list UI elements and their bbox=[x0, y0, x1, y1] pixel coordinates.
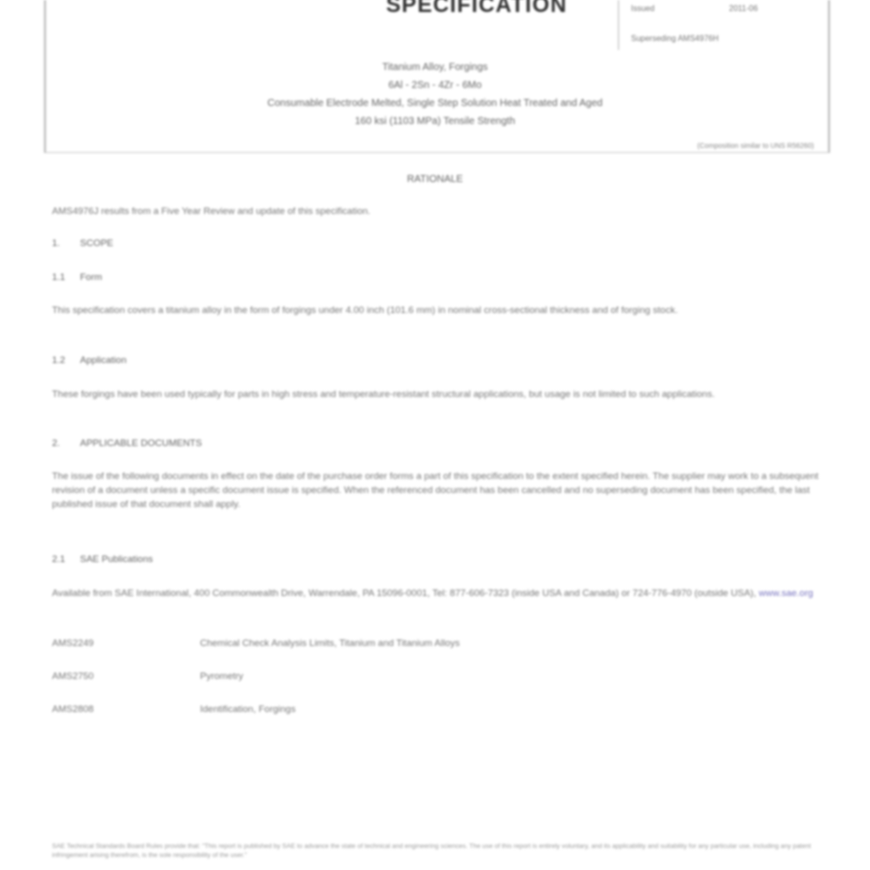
reference-row: AMS2249Chemical Check Analysis Limits, T… bbox=[52, 638, 460, 649]
section-1-2-text: These forgings have been used typically … bbox=[52, 388, 822, 402]
spec-type-title: SPECIFICATION bbox=[386, 0, 567, 18]
section-1-1-text: This specification covers a titanium all… bbox=[52, 304, 822, 318]
section-1-1-heading: 1.1Form bbox=[52, 272, 102, 283]
footer-disclaimer: SAE Technical Standards Board Rules prov… bbox=[52, 842, 822, 860]
reference-row: AMS2750Pyrometry bbox=[52, 671, 243, 682]
issued-label: Issued bbox=[631, 4, 655, 13]
issued-value: 2011-06 bbox=[729, 4, 758, 13]
issue-info-box: Issued 2011-06 Superseding AMS4976H bbox=[618, 0, 819, 50]
section-1-2-heading: 1.2Application bbox=[52, 355, 126, 366]
composition-note: (Composition similar to UNS R56260) bbox=[697, 143, 814, 150]
section-2-1-heading: 2.1SAE Publications bbox=[52, 554, 153, 565]
header-frame: SPECIFICATION Issued 2011-06 Superseding… bbox=[44, 0, 830, 153]
rationale-text: AMS4976J results from a Five Year Review… bbox=[52, 205, 822, 219]
title-line-1: Titanium Alloy, Forgings bbox=[0, 62, 870, 73]
section-2-1-text: Available from SAE International, 400 Co… bbox=[52, 587, 822, 601]
title-line-4: 160 ksi (1103 MPa) Tensile Strength bbox=[0, 116, 870, 127]
title-line-2: 6Al - 2Sn - 4Zr - 6Mo bbox=[0, 80, 870, 91]
reference-row: AMS2808Identification, Forgings bbox=[52, 704, 296, 715]
section-2-heading: 2.APPLICABLE DOCUMENTS bbox=[52, 438, 202, 449]
rationale-heading: RATIONALE bbox=[0, 174, 870, 185]
sae-website-link[interactable]: www.sae.org bbox=[759, 588, 813, 599]
title-line-3: Consumable Electrode Melted, Single Step… bbox=[0, 98, 870, 109]
section-2-text: The issue of the following documents in … bbox=[52, 470, 822, 512]
section-1-heading: 1.SCOPE bbox=[52, 238, 113, 249]
superseding-note: Superseding AMS4976H bbox=[631, 34, 719, 43]
